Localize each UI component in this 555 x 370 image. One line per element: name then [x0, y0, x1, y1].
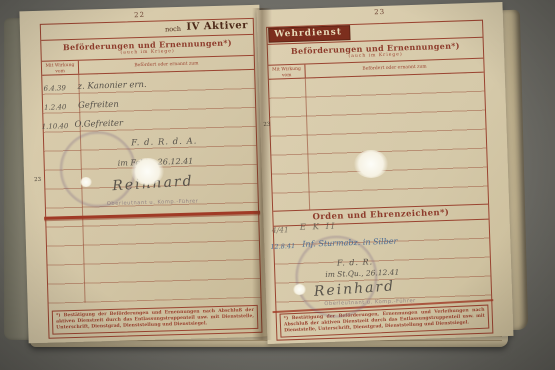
wehrdienst-banner: Wehrdienst — [269, 26, 349, 42]
right-column-divider — [305, 79, 310, 210]
left-margin-number: 23 — [34, 177, 41, 183]
entry-date: 6.4.39 — [43, 84, 65, 93]
punch-hole — [80, 177, 92, 187]
entry-text: Gefreiten — [78, 100, 119, 111]
award-date: 12.8.41 — [270, 242, 295, 251]
photo-of-wehrpass: 22 noch IV Aktiver Beförderungen und Ern… — [0, 0, 555, 370]
entry-text: O.Gefreiter — [74, 119, 123, 130]
section-title: IV Aktiver — [186, 20, 248, 33]
book-gutter-shadow — [252, 8, 272, 340]
entry-date: 1.2.40 — [44, 103, 66, 112]
right-col1-header: Mit Wirkung vom — [268, 65, 305, 79]
right-table-body-upper — [269, 73, 488, 211]
left-col1-header: Mit Wirkung vom — [42, 61, 79, 75]
punch-hole — [354, 150, 388, 178]
left-thick-separator — [44, 211, 260, 220]
punch-hole — [131, 158, 164, 185]
certification-abbrev: F. d. R. d. A. — [131, 136, 198, 148]
right-page-number: 23 — [257, 4, 503, 20]
award-date: 4/41 — [272, 225, 289, 235]
punch-hole — [293, 284, 306, 295]
certification-abbrev: F. d. R. — [337, 257, 373, 267]
left-footnote: *) Bestätigung der Beförderungen und Ern… — [52, 305, 259, 335]
entry-text: z. Kanonier ern. — [77, 80, 146, 92]
section-title-prefix: noch — [165, 25, 181, 33]
award-text: E K II — [300, 222, 337, 233]
entry-date: 1.10.40 — [42, 122, 69, 131]
